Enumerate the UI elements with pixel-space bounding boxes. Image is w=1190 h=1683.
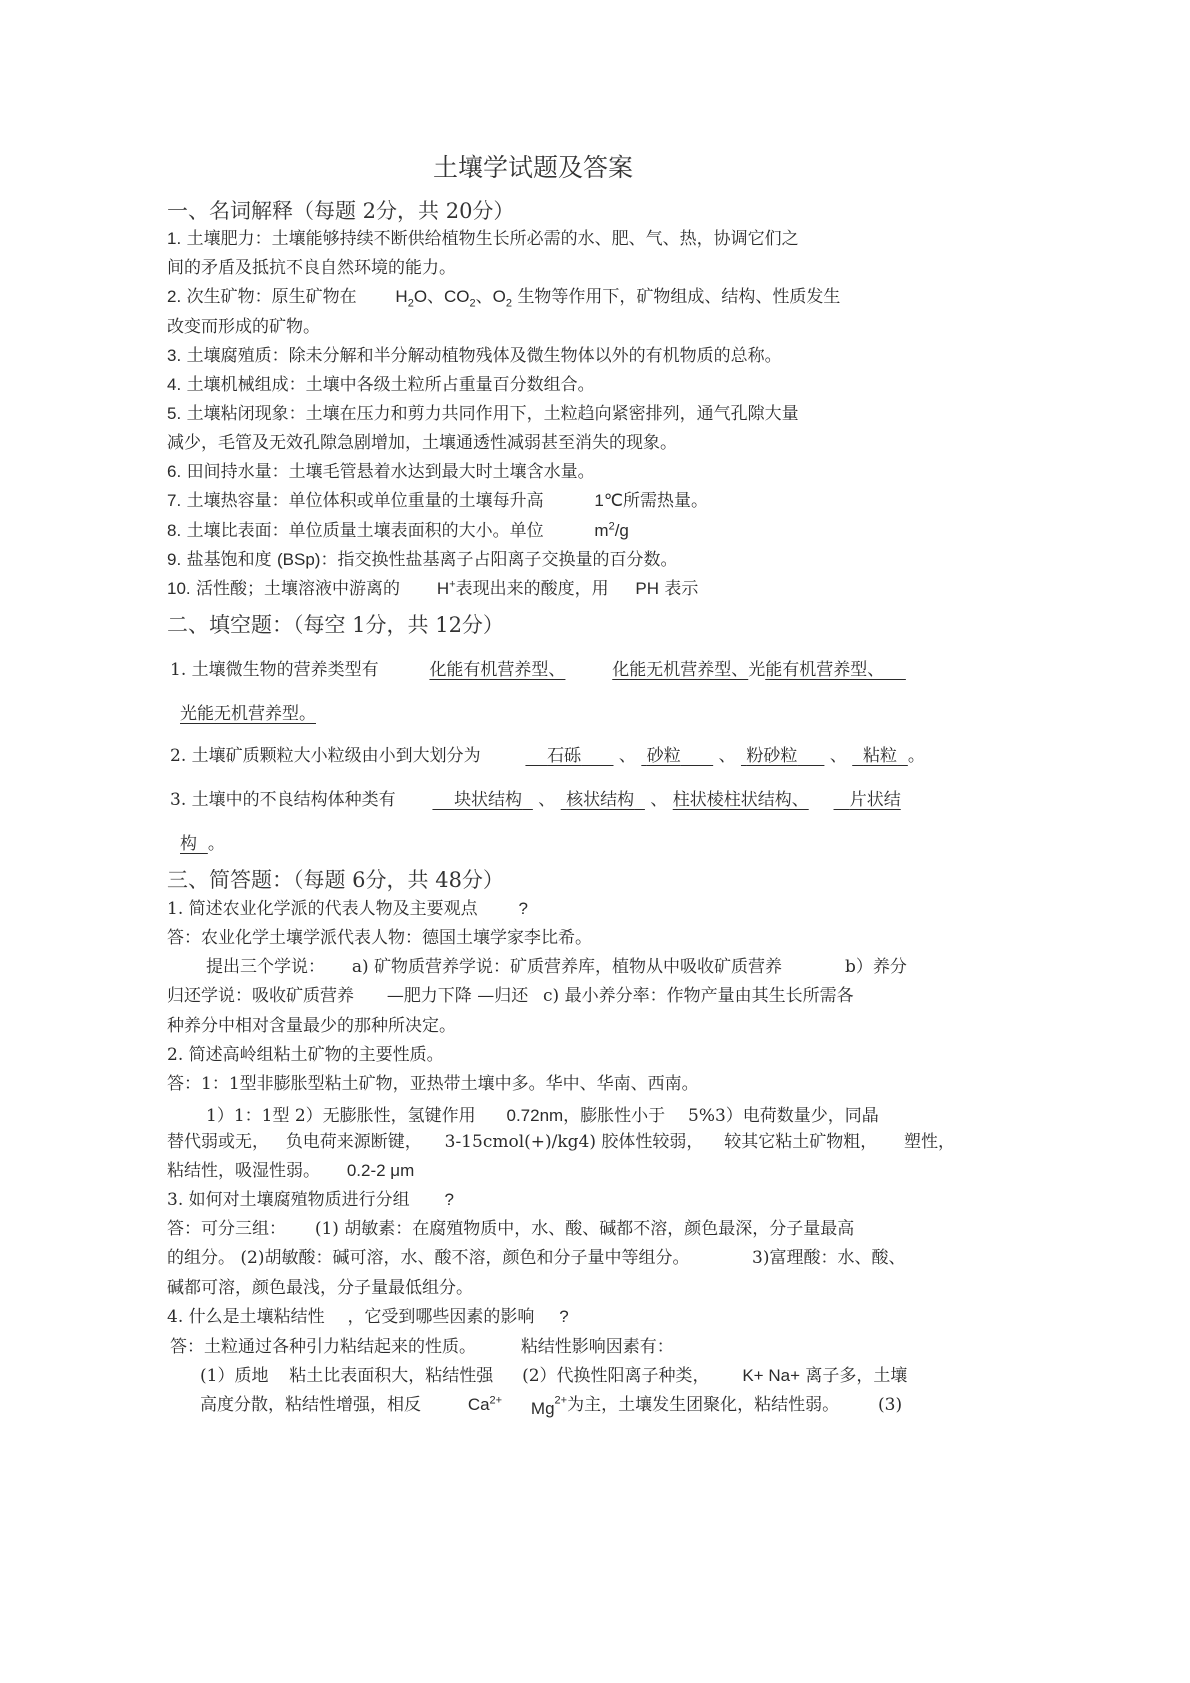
s3-q1-answer: 归还学说：吸收矿质营养 —肥力下降 —归还 c) 最小养分率：作物产量由其生长所… — [167, 985, 854, 1007]
document-page: 土壤学试题及答案 一、名词解释（每题 2分，共 20分） 1. 土壤肥力：土壤能… — [0, 0, 1190, 1683]
s3-q3-answer: 3)富理酸：水、酸、 — [752, 1247, 905, 1269]
chemical-formulas: H2O、CO2、O2 — [395, 287, 512, 306]
s1-item-5: 5. 土壤粘闭现象：土壤在压力和剪力共同作用下，土粒趋向紧密排列，通气孔隙大量 — [167, 403, 799, 425]
s2-q3: 3. 土壤中的不良结构体种类有 块状结构 、 核状结构 、 柱状棱柱状结构、 片… — [170, 789, 901, 811]
blank-answer: 粘粒 — [852, 746, 908, 766]
s1-item-5-cont: 减少，毛管及无效孔隙急剧增加，土壤通透性减弱甚至消失的现象。 — [167, 432, 677, 454]
section1-heading: 一、名词解释（每题 2分，共 20分） — [167, 197, 514, 225]
s3-q1-answer: 提出三个学说： a) 矿物质营养学说：矿质营养库，植物从中吸收矿质营养 — [206, 956, 782, 978]
s1-item-1: 1. 土壤肥力：土壤能够持续不断供给植物生长所必需的水、肥、气、热，协调它们之 — [167, 228, 799, 250]
s1-item-7: 7. 土壤热容量：单位体积或单位重量的土壤每升高 1℃所需热量。 — [167, 490, 708, 512]
s1-item-6: 6. 田间持水量：土壤毛管悬着水达到最大时土壤含水量。 — [167, 461, 595, 483]
s1-item-1-cont: 间的矛盾及抵抗不良自然环境的能力。 — [167, 257, 456, 279]
blank-answer: 块状结构 — [432, 790, 532, 810]
s1-item-3: 3. 土壤腐殖质：除未分解和半分解动植物残体及微生物体以外的有机物质的总称。 — [167, 345, 782, 367]
s3-q4-answer: 高度分散，粘结性增强，相反 Ca2+ Mg2+为主，土壤发生团聚化，粘结性弱。 — [200, 1394, 839, 1416]
s3-q4-answer: 答：土粒通过各种引力粘结起来的性质。 粘结性影响因素有： — [170, 1336, 674, 1358]
s3-q1-answer: 种养分中相对含量最少的那种所决定。 — [167, 1015, 456, 1037]
blank-answer: 粉砂粒 — [741, 746, 824, 766]
s3-q3-answer: 答：可分三组： (1) 胡敏素：在腐殖物质中，水、酸、碱都不溶，颜色最深，分子量… — [167, 1218, 854, 1240]
s3-q3-question: 3. 如何对土壤腐殖物质进行分组 ? — [167, 1189, 454, 1211]
blank-answer: 化能无机营养型、 — [612, 660, 748, 680]
s3-q4-question: 4. 什么是土壤粘结性 ，它受到哪些因素的影响 ? — [167, 1306, 569, 1328]
blank-answer: 构 — [180, 834, 208, 854]
section2-heading: 二、填空题：（每空 1分，共 12分） — [167, 611, 504, 639]
section3-heading: 三、简答题：（每题 6分，共 48分） — [167, 866, 504, 894]
s3-q4-answer: (3) — [878, 1394, 902, 1416]
magnesium-ion: Mg2+ — [531, 1395, 567, 1414]
s3-q2-answer: 1）1：1型 2）无膨胀性，氢键作用 0.72nm，膨胀性小于 5%3）电荷数量… — [206, 1105, 879, 1127]
s1-item-10: 10. 活性酸；土壤溶液中游离的 H+表现出来的酸度，用 PH 表示 — [167, 578, 698, 600]
s3-q1-answer: b）养分 — [845, 956, 907, 978]
s2-q1-cont: 光能无机营养型。 — [180, 703, 316, 725]
s1-item-4: 4. 土壤机械组成：土壤中各级土粒所占重量百分数组合。 — [167, 374, 595, 396]
s1-item-2: 2. 次生矿物：原生矿物在 H2O、CO2、O2 生物等作用下，矿物组成、结构、… — [167, 286, 840, 308]
s3-q1-answer: 答：农业化学土壤学派代表人物：德国土壤学家李比希。 — [167, 927, 592, 949]
s3-q1-question: 1. 简述农业化学派的代表人物及主要观点 ? — [167, 898, 528, 920]
s3-q2-question: 2. 简述高岭组粘土矿物的主要性质。 — [167, 1044, 444, 1066]
s3-q2-answer: 粘结性，吸湿性弱。 0.2-2 μm — [167, 1160, 414, 1182]
blank-answer: 能有机营养型、 — [765, 660, 906, 680]
hydrogen-ion: H+ — [437, 579, 456, 598]
s3-q3-answer: 的组分。 (2)胡敏酸：碱可溶，水、酸不溶，颜色和分子量中等组分。 — [167, 1247, 690, 1269]
blank-answer: 核状结构 — [561, 790, 645, 810]
s2-q1: 1. 土壤微生物的营养类型有 化能有机营养型、 化能无机营养型、光能有机营养型、 — [170, 659, 906, 681]
blank-answer: 柱状棱柱状结构、 — [673, 790, 809, 810]
s1-item-2-cont: 改变而形成的矿物。 — [167, 316, 320, 338]
blank-answer: 化能有机营养型、 — [429, 660, 565, 680]
s3-q4-answer: (1）质地 粘土比表面积大，粘结性强 (2）代换性阳离子种类， K+ Na+ 离… — [200, 1365, 907, 1387]
s3-q3-answer: 碱都可溶，颜色最浅，分子量最低组分。 — [167, 1277, 473, 1299]
page-title: 土壤学试题及答案 — [433, 152, 633, 184]
calcium-ion: Ca2+ — [468, 1395, 502, 1414]
s2-q2: 2. 土壤矿质颗粒大小粒级由小到大划分为 石砾 、 砂粒 、 粉砂粒 、 粘粒 … — [170, 745, 925, 767]
s3-q2-answer: 替代弱或无， 负电荷来源断键， 3-15cmol(+)/kg4) 胶体性较弱， … — [167, 1131, 955, 1153]
s3-q2-answer: 答：1：1型非膨胀型粘土矿物，亚热带土壤中多。华中、华南、西南。 — [167, 1073, 699, 1095]
s1-item-8: 8. 土壤比表面：单位质量土壤表面积的大小。单位 m2/g — [167, 520, 629, 542]
s1-item-9: 9. 盐基饱和度 (BSp)：指交换性盐基离子占阳离子交换量的百分数。 — [167, 549, 677, 571]
blank-answer: 石砾 — [525, 746, 613, 766]
blank-answer: 片状结 — [834, 790, 901, 810]
s2-q3-cont: 构 。 — [180, 833, 225, 855]
blank-answer: 光能无机营养型。 — [180, 704, 316, 724]
blank-answer: 砂粒 — [641, 746, 713, 766]
unit-m2-per-g: m2/g — [594, 521, 628, 540]
